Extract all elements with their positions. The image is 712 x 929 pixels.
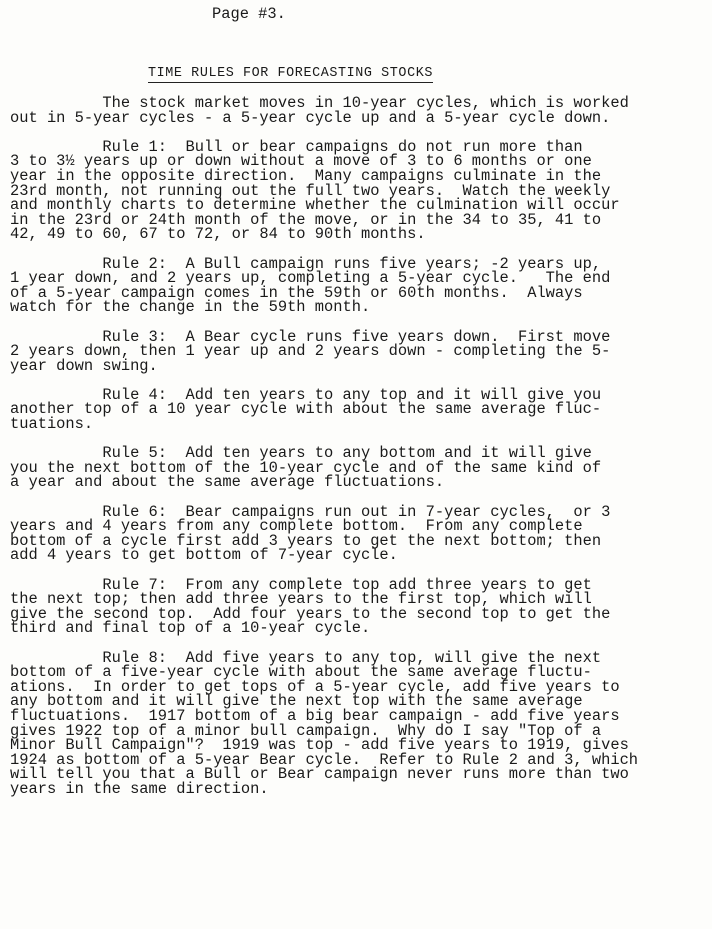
paragraph-rule-6: Rule 6: Bear campaigns run out in 7-year… <box>10 505 710 563</box>
paragraph-rule-2: Rule 2: A Bull campaign runs five years;… <box>10 257 710 315</box>
text-line: years in the same direction. <box>10 782 710 797</box>
paragraph-rule-5: Rule 5: Add ten years to any bottom and … <box>10 446 710 490</box>
paragraph-rule-3: Rule 3: A Bear cycle runs five years dow… <box>10 330 710 374</box>
paragraph-rule-4: Rule 4: Add ten years to any top and it … <box>10 388 710 432</box>
text-line: year down swing. <box>10 359 710 374</box>
document-body: The stock market moves in 10-year cycles… <box>10 96 710 811</box>
text-line: another top of a 10 year cycle with abou… <box>10 402 710 417</box>
paragraph-rule-1: Rule 1: Bull or bear campaigns do not ru… <box>10 140 710 242</box>
text-line: 42, 49 to 60, 67 to 72, or 84 to 90th mo… <box>10 227 710 242</box>
text-line: third and final top of a 10-year cycle. <box>10 621 710 636</box>
text-line: add 4 years to get bottom of 7-year cycl… <box>10 548 710 563</box>
text-line: tuations. <box>10 417 710 432</box>
document-title: TIME RULES FOR FORECASTING STOCKS <box>148 66 433 83</box>
text-line: a year and about the same average fluctu… <box>10 475 710 490</box>
text-line: watch for the change in the 59th month. <box>10 300 710 315</box>
paragraph-intro: The stock market moves in 10-year cycles… <box>10 96 710 125</box>
text-line: out in 5-year cycles - a 5-year cycle up… <box>10 111 710 126</box>
paragraph-rule-7: Rule 7: From any complete top add three … <box>10 578 710 636</box>
page-number: Page #3. <box>212 6 286 22</box>
paragraph-rule-8: Rule 8: Add five years to any top, will … <box>10 651 710 797</box>
